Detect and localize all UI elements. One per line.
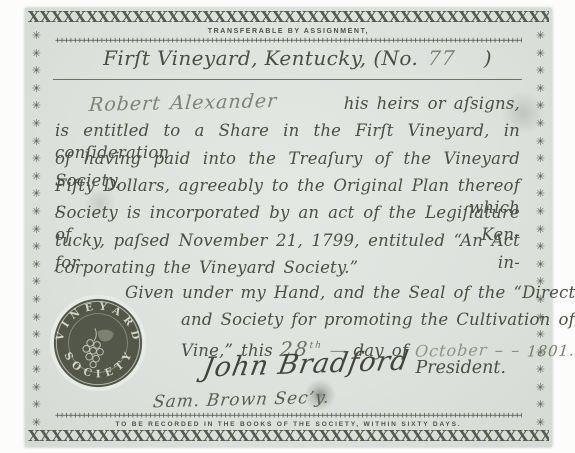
president-signature: John Bradford [201, 345, 412, 383]
body-line-5: Society is incorporated by an act of the… [55, 202, 520, 226]
border-stars-left: ✳ ✳ ✳ ✳ ✳ ✳ ✳ ✳ ✳ ✳ ✳ ✳ ✳ ✳ ✳ ✳ ✳ ✳ ✳ ✳ … [28, 27, 45, 428]
title-close-paren: ) [484, 46, 492, 70]
plus-divider-bottom: ++++++++++++++++++++++++++++++++++++++++… [55, 412, 522, 421]
body-line-6: tucky, paſsed November 21, 1799, entitul… [55, 230, 520, 254]
record-note: TO BE RECORDED IN THE BOOKS OF THE SOCIE… [65, 421, 512, 428]
border-chain-top: XXXXXXXXXXXXXXXXXXXXXXXXXXXXXXXXXXXXXXXX… [28, 9, 549, 27]
certificate-title: Firſt Vineyard, Kentucky, (No. 77 ) [85, 46, 510, 76]
holder-name: Robert Alexander [88, 90, 278, 116]
line1-text: his heirs or aſsigns, [344, 93, 520, 115]
vineyard-society-seal: V I N E Y A R D S O C I E T Y [49, 294, 147, 392]
share-certificate: XXXXXXXXXXXXXXXXXXXXXXXXXXXXXXXXXXXXXXXX… [25, 8, 552, 447]
title-rule [53, 79, 522, 80]
border-stars-right: ✳ ✳ ✳ ✳ ✳ ✳ ✳ ✳ ✳ ✳ ✳ ✳ ✳ ✳ ✳ ✳ ✳ ✳ ✳ ✳ … [532, 27, 549, 428]
body-line-7: corporating the Vineyard Society.” [55, 257, 520, 281]
secretary-signature: Sam. Brown Sec’y. [152, 388, 331, 413]
body-line-3: of having paid into the Treaſury of the … [55, 148, 520, 172]
body-line-4: Fifty Dollars, agreeably to the Original… [55, 175, 520, 199]
year-handwritten: 1801. [526, 339, 575, 362]
transferable-note: TRANSFERABLE BY ASSIGNMENT, [65, 28, 512, 35]
title-text: Firſt Vineyard, Kentucky, (No. [103, 46, 418, 70]
body-line-2: is entitled to a Share in the Firſt Vine… [55, 120, 520, 144]
border-chain-bottom: XXXXXXXXXXXXXXXXXXXXXXXXXXXXXXXXXXXXXXXX… [28, 428, 549, 446]
body-line-1: Robert Alexander his heirs or aſsigns, [55, 92, 520, 116]
plus-divider-top: ++++++++++++++++++++++++++++++++++++++++… [55, 37, 522, 46]
president-title: President. [416, 358, 507, 378]
certificate-number: 77 [427, 46, 456, 71]
